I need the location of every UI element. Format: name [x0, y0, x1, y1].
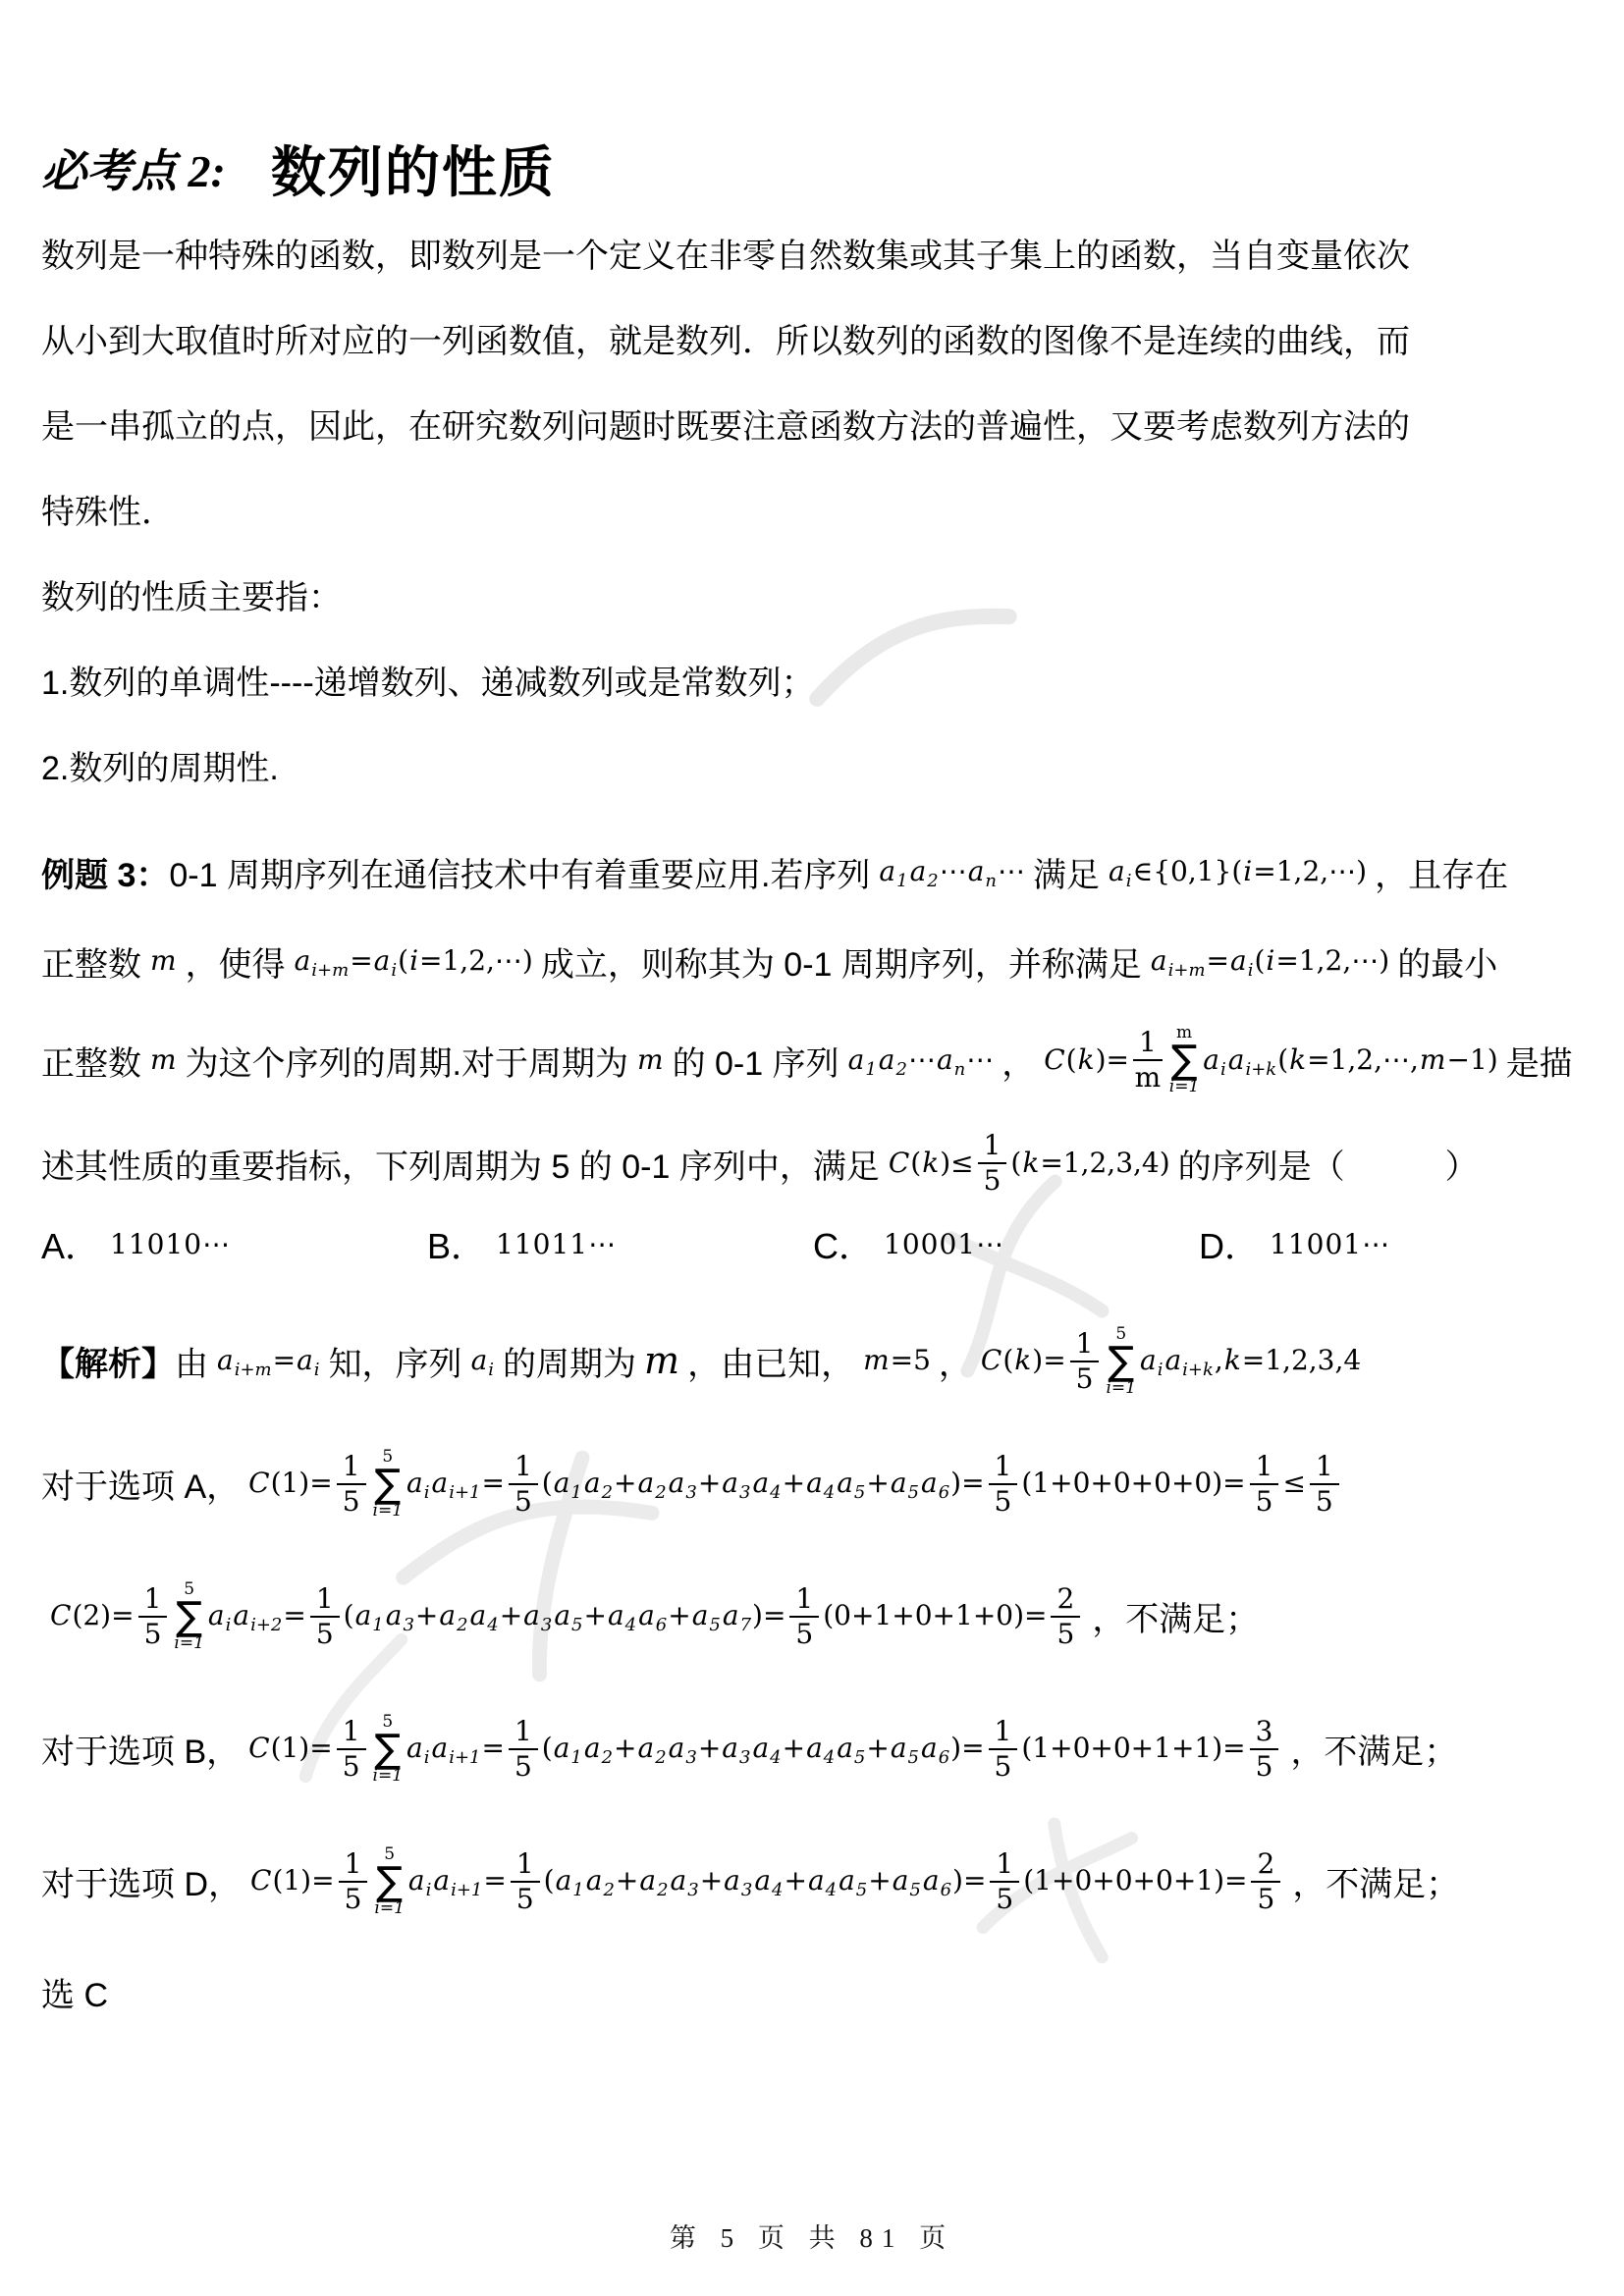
sigma-symbol: ∑ [376, 1863, 403, 1900]
option-b: B． 11011⋯ [427, 1219, 813, 1269]
math-subscript: 2 [603, 1881, 615, 1901]
math-variable: a [296, 1345, 314, 1376]
text-run: 的 0-1 序列 [673, 1037, 839, 1085]
math-text: ⋯ [940, 856, 967, 887]
page-number: 第 5 页 共 81 页 [0, 2216, 1624, 2255]
example-line: 述其性质的重要指标，下列周期为 5 的 0-1 序列中，满足C(k)≤15(k=… [41, 1114, 1585, 1212]
math-subscript: 7 [740, 1616, 752, 1636]
fraction-numerator: 1 [989, 1453, 1018, 1485]
example-problem: 例题 3：0-1 周期序列在通信技术中有着重要应用.若序列a1a2⋯an⋯满足a… [41, 828, 1585, 1275]
math-text: + [614, 1733, 636, 1764]
math-variable: a [1229, 945, 1248, 977]
text-run: 正整数 [41, 1037, 141, 1085]
math-formula: C(k)=155∑i=1aiai+k,k=1,2,3,4 [980, 1326, 1361, 1397]
math-variable: k [1288, 1044, 1307, 1076]
math-formula: m [636, 1044, 665, 1076]
math-subscript: 5 [909, 1881, 921, 1901]
fraction-denominator: 5 [144, 1618, 162, 1648]
analysis-option-d: 对于选项 D，C(1)=155∑i=1aiai+1=15(a1a2+a2a3+a… [41, 1815, 1585, 1948]
math-variable: a [890, 1733, 908, 1764]
math-subscript: n [985, 872, 998, 892]
fraction-numerator: 1 [1070, 1330, 1100, 1362]
fraction-numerator: 1 [990, 1850, 1019, 1883]
math-subscript: 1 [570, 1483, 582, 1504]
math-variable: a [1227, 1044, 1246, 1076]
math-text: )= [1096, 1044, 1129, 1076]
math-subscript: 4 [824, 1748, 836, 1769]
math-text: = [283, 1600, 305, 1631]
text-run: ， [939, 1337, 972, 1385]
math-text: =1,2,⋯) [1275, 945, 1389, 977]
fraction-numerator: 1 [310, 1585, 340, 1618]
math-summation: 5∑i=1 [174, 1581, 204, 1652]
fraction-numerator: 2 [1251, 1850, 1280, 1883]
math-variable: a [805, 1733, 824, 1764]
option-letter: C． [813, 1219, 874, 1269]
option-value: 11011⋯ [496, 1228, 617, 1260]
math-variable: a [909, 856, 928, 887]
math-subscript: 3 [685, 1748, 697, 1769]
math-formula: ai∈{0,1}(i=1,2,⋯) [1108, 856, 1367, 887]
math-formula: ai+m=ai [216, 1345, 321, 1376]
math-text: ∈{0,1}( [1132, 856, 1242, 887]
text-run: 0-1 周期序列在通信技术中有着重要应用.若序列 [169, 848, 870, 896]
option-value: 11001⋯ [1270, 1228, 1390, 1260]
math-variable: i [408, 945, 419, 977]
math-subscript: 4 [625, 1616, 637, 1636]
math-variable: C [980, 1345, 1002, 1376]
math-text: = [1207, 945, 1229, 977]
fraction-numerator: 1 [989, 1718, 1018, 1750]
text-run: 由 [175, 1337, 208, 1385]
math-variable: a [936, 1044, 954, 1076]
math-formula: C(k)≤15(k=1,2,3,4) [888, 1132, 1170, 1195]
math-subscript: i [314, 1361, 321, 1381]
math-formula: m [149, 945, 178, 977]
math-fraction: 15 [978, 1132, 1007, 1195]
math-subscript: 6 [939, 1748, 950, 1769]
text-run: ，由已知， [687, 1337, 854, 1385]
text-run: 知，序列 [329, 1337, 462, 1385]
text-run: ， [1001, 1037, 1035, 1085]
math-text: = [350, 945, 372, 977]
math-subscript: i+m [311, 961, 350, 982]
document-page: 必考点 2: 数列的性质 数列是一种特殊的函数，即数列是一个定义在非零自然数集或… [0, 0, 1624, 2296]
math-subscript: i+k [1245, 1060, 1277, 1081]
math-variable: a [553, 1733, 571, 1764]
math-subscript: 4 [487, 1616, 499, 1636]
math-text: ⋯ [966, 1044, 994, 1076]
math-formula: C(2)=155∑i=1aiai+2=15(a1a3+a2a4+a3a5+a4a… [49, 1581, 1084, 1652]
text-run: 对于选项 A， [41, 1460, 240, 1508]
math-variable: a [638, 1865, 657, 1896]
fraction-denominator: 5 [343, 1750, 360, 1781]
text-run: 对于选项 D， [41, 1857, 242, 1905]
math-variable: a [1164, 1345, 1182, 1376]
math-variable: k [1021, 1148, 1040, 1179]
fraction-denominator: 5 [514, 1750, 532, 1781]
math-subscript: 3 [739, 1483, 751, 1504]
math-subscript: 6 [656, 1616, 668, 1636]
math-variable: a [836, 1468, 854, 1499]
math-text: (1)= [271, 1468, 333, 1499]
sum-lower-limit: i=1 [174, 1635, 204, 1652]
fraction-numerator: 1 [1133, 1029, 1163, 1061]
math-variable: a [232, 1600, 250, 1631]
math-text: (2)= [72, 1600, 134, 1631]
option-letter: B． [427, 1219, 486, 1269]
math-fraction: 15 [1310, 1453, 1339, 1516]
math-text: (1+0+0+1+1)= [1021, 1733, 1245, 1764]
math-text: =1,2,3,4 [1242, 1345, 1361, 1376]
text-run: 述其性质的重要指标，下列周期为 5 的 0-1 序列中，满足 [41, 1140, 880, 1188]
text-run: ，不满足； [1092, 1592, 1259, 1640]
math-subscript: 1 [372, 1616, 384, 1636]
math-formula: m=5 [862, 1345, 931, 1376]
math-variable: k [1077, 1044, 1096, 1076]
math-subscript: 3 [687, 1881, 699, 1901]
sigma-symbol: ∑ [1171, 1041, 1198, 1079]
math-subscript: 6 [939, 1483, 950, 1504]
math-subscript: 5 [856, 1881, 868, 1901]
math-formula: ai+m=ai(i=1,2,⋯) [1150, 945, 1389, 977]
math-fraction: 15 [310, 1585, 340, 1648]
analysis-c2: C(2)=155∑i=1aiai+2=15(a1a3+a2a4+a3a5+a4a… [41, 1550, 1585, 1682]
math-subscript: 5 [854, 1483, 866, 1504]
fraction-numerator: 1 [1250, 1453, 1279, 1485]
sigma-symbol: ∑ [176, 1598, 202, 1635]
fraction-numerator: 1 [978, 1132, 1007, 1164]
math-subscript: i [391, 961, 398, 982]
math-variable: a [1202, 1044, 1220, 1076]
math-variable: a [555, 1865, 573, 1896]
math-variable: a [637, 1468, 656, 1499]
math-fraction: 15 [337, 1453, 366, 1516]
math-subscript: 2 [457, 1616, 468, 1636]
fraction-denominator: 5 [1256, 1750, 1273, 1781]
fraction-numerator: 1 [511, 1850, 540, 1883]
section-heading: 必考点 2: 数列的性质 [41, 0, 1585, 200]
fraction-numerator: 3 [1250, 1718, 1279, 1750]
example-line: 正整数m为这个序列的周期.对于周期为m的 0-1 序列a1a2⋯an⋯，C(k)… [41, 1006, 1585, 1114]
analysis-option-b: 对于选项 B，C(1)=155∑i=1aiai+1=15(a1a2+a2a3+a… [41, 1682, 1585, 1815]
option-c: C． 10001⋯ [813, 1219, 1199, 1269]
math-variable: a [920, 1733, 939, 1764]
sum-lower-limit: i=1 [373, 1503, 404, 1520]
math-text: ⋯ [908, 1044, 936, 1076]
math-text: =1,2,3,4) [1040, 1148, 1169, 1179]
math-text: + [583, 1600, 606, 1631]
math-variable: m [1419, 1044, 1447, 1076]
math-variable: m [644, 1340, 679, 1383]
fraction-numerator: 1 [138, 1585, 168, 1618]
math-subscript: 1 [572, 1881, 584, 1901]
intro-line: 从小到大取值时所对应的一列函数值，就是数列．所以数列的函数的图像不是连续的曲线，… [41, 295, 1585, 381]
math-subscript: 2 [602, 1483, 614, 1504]
example-line: 例题 3：0-1 周期序列在通信技术中有着重要应用.若序列a1a2⋯an⋯满足a… [41, 828, 1585, 916]
fraction-numerator: 1 [789, 1585, 819, 1618]
math-variable: a [430, 1468, 449, 1499]
math-subscript: 4 [824, 1483, 836, 1504]
math-text: ≤ [1282, 1468, 1305, 1499]
math-fraction: 25 [1051, 1585, 1080, 1648]
option-letter: D． [1199, 1219, 1260, 1269]
math-variable: a [753, 1865, 772, 1896]
math-fraction: 15 [990, 1850, 1019, 1913]
math-fraction: 1m [1133, 1029, 1163, 1092]
fraction-denominator: 5 [514, 1485, 532, 1516]
math-subscript: 2 [927, 872, 939, 892]
math-variable: k [921, 1148, 940, 1179]
option-d: D． 11001⋯ [1199, 1219, 1585, 1269]
math-text: ( [542, 1733, 553, 1764]
fraction-denominator: 5 [343, 1485, 360, 1516]
math-text: + [700, 1865, 723, 1896]
math-variable: a [751, 1733, 770, 1764]
math-variable: a [691, 1600, 710, 1631]
math-variable: a [607, 1600, 625, 1631]
math-subscript: i+k [1182, 1361, 1215, 1381]
sum-lower-limit: i=1 [1106, 1380, 1136, 1397]
math-variable: a [967, 856, 986, 887]
math-subscript: n [954, 1060, 967, 1081]
math-text: = [481, 1733, 504, 1764]
text-run: 正整数 [41, 937, 141, 986]
math-fraction: 15 [1070, 1330, 1100, 1393]
text-run: 成立，则称其为 0-1 周期序列，并称满足 [541, 937, 1142, 986]
math-text: + [866, 1468, 889, 1499]
math-text: + [500, 1600, 522, 1631]
math-variable: a [406, 1733, 424, 1764]
math-variable: a [583, 1468, 602, 1499]
math-variable: a [668, 1468, 686, 1499]
math-subscript: i+1 [449, 1748, 481, 1769]
sum-lower-limit: i=1 [374, 1900, 405, 1917]
math-subscript: 2 [895, 1060, 907, 1081]
math-subscript: 4 [770, 1483, 782, 1504]
math-variable: a [1139, 1345, 1158, 1376]
fraction-numerator: 1 [509, 1453, 538, 1485]
math-variable: a [637, 1600, 656, 1631]
math-variable: a [723, 1865, 741, 1896]
math-variable: m [862, 1345, 891, 1376]
math-subscript: 5 [854, 1748, 866, 1769]
sigma-symbol: ∑ [1108, 1343, 1134, 1380]
math-text: ( [910, 1148, 921, 1179]
bold-text-run: 例题 3： [41, 848, 169, 896]
option-letter: A． [41, 1219, 100, 1269]
intro-line: 数列的性质主要指： [41, 552, 1585, 637]
math-formula: C(1)=155∑i=1aiai+1=15(a1a2+a2a3+a3a4+a4a… [247, 1714, 1282, 1785]
math-subscript: i [226, 1616, 233, 1636]
fraction-numerator: 2 [1051, 1585, 1080, 1618]
math-fraction: 15 [989, 1718, 1018, 1781]
math-fraction: 15 [138, 1585, 168, 1648]
math-text: ( [344, 1600, 354, 1631]
math-text: , [1215, 1345, 1223, 1376]
text-run: 的最小 [1397, 937, 1497, 986]
intro-line: 特殊性． [41, 466, 1585, 552]
math-fraction: 25 [1251, 1850, 1280, 1913]
math-variable: a [583, 1733, 602, 1764]
math-fraction: 35 [1250, 1718, 1279, 1781]
math-fraction: 15 [337, 1718, 366, 1781]
fraction-numerator: 1 [337, 1453, 366, 1485]
math-variable: a [721, 1733, 739, 1764]
math-subscript: 6 [941, 1881, 952, 1901]
math-fraction: 15 [989, 1453, 1018, 1516]
math-variable: C [888, 1148, 910, 1179]
math-text: (0+1+0+1+0)= [823, 1600, 1047, 1631]
math-subscript: 4 [770, 1748, 782, 1769]
fraction-denominator: 5 [795, 1618, 813, 1648]
math-variable: a [373, 945, 392, 977]
math-formula: m [644, 1340, 679, 1383]
math-summation: 5∑i=1 [374, 1846, 405, 1917]
math-formula: C(1)=155∑i=1aiai+1=15(a1a2+a2a3+a3a4+a4a… [249, 1846, 1284, 1917]
math-variable: a [354, 1600, 373, 1631]
text-run: ，不满足； [1290, 1725, 1457, 1773]
math-variable: a [385, 1600, 404, 1631]
math-text: =5 [891, 1345, 931, 1376]
text-run: 的序列是（ ） [1178, 1140, 1479, 1188]
text-run: ，且存在 [1375, 848, 1508, 896]
option-a: A． 11010⋯ [41, 1219, 427, 1269]
math-variable: a [922, 1865, 941, 1896]
math-text: =1,2,⋯) [1253, 856, 1367, 887]
math-text: ( [1277, 1044, 1288, 1076]
math-summation: 5∑i=1 [1106, 1326, 1136, 1397]
fraction-numerator: 1 [509, 1718, 538, 1750]
math-text: )= [1032, 1345, 1065, 1376]
math-text: + [415, 1600, 438, 1631]
text-run: ，不满足； [1292, 1857, 1459, 1905]
math-subscript: i [1126, 872, 1133, 892]
list-item-monotonicity: 1.数列的单调性----递增数列、递减数列或是常数列； [41, 637, 1585, 722]
math-subscript: 3 [403, 1616, 414, 1636]
math-subscript: 1 [570, 1748, 582, 1769]
math-formula: ai [470, 1345, 495, 1376]
math-variable: i [1265, 945, 1275, 977]
math-text: ( [1010, 1148, 1021, 1179]
fraction-denominator: 5 [984, 1164, 1001, 1195]
solution-analysis: 【解析】由ai+m=ai知，序列ai的周期为m，由已知，m=5，C(k)=155… [41, 1305, 1585, 2021]
math-formula: a1a2⋯an⋯ [847, 1044, 995, 1076]
math-formula: m [149, 1044, 178, 1076]
fraction-denominator: 5 [1257, 1883, 1274, 1913]
math-variable: a [920, 1468, 939, 1499]
math-subscript: 3 [685, 1483, 697, 1504]
math-variable: a [207, 1600, 226, 1631]
sum-lower-limit: i=1 [1169, 1079, 1200, 1095]
math-variable: a [722, 1600, 740, 1631]
math-text: + [668, 1600, 690, 1631]
option-value: 11010⋯ [110, 1228, 231, 1260]
math-summation: 5∑i=1 [373, 1714, 404, 1785]
math-subscript: 2 [655, 1748, 667, 1769]
math-subscript: i [1248, 961, 1255, 982]
math-variable: a [553, 1600, 571, 1631]
math-variable: a [294, 945, 312, 977]
math-variable: a [838, 1865, 856, 1896]
text-run: 满足 [1033, 848, 1100, 896]
math-variable: a [807, 1865, 826, 1896]
text-run: 对于选项 B， [41, 1725, 240, 1773]
math-subscript: 4 [772, 1881, 784, 1901]
math-subscript: i+1 [451, 1881, 483, 1901]
math-text: )≤ [940, 1148, 973, 1179]
math-variable: a [430, 1733, 449, 1764]
math-variable: a [522, 1600, 541, 1631]
fraction-numerator: 1 [339, 1850, 368, 1883]
math-variable: k [1013, 1345, 1032, 1376]
math-formula: C(k)=1mm∑i=1aiai+k(k=1,2,⋯,m−1) [1043, 1025, 1497, 1095]
math-subscript: i [1220, 1060, 1227, 1081]
math-subscript: i [1158, 1361, 1164, 1381]
math-text: = [483, 1865, 506, 1896]
math-text: = [481, 1468, 504, 1499]
math-text: + [698, 1468, 721, 1499]
math-variable: C [249, 1865, 272, 1896]
math-subscript: 5 [908, 1483, 920, 1504]
math-variable: a [1108, 856, 1126, 887]
math-text: + [783, 1733, 805, 1764]
math-variable: i [1242, 856, 1253, 887]
fraction-denominator: 5 [1256, 1485, 1273, 1516]
math-text: ( [1002, 1345, 1013, 1376]
math-variable: a [805, 1468, 824, 1499]
math-text: (1+0+0+0+0)= [1021, 1468, 1245, 1499]
math-fraction: 15 [1250, 1453, 1279, 1516]
math-text: ⋯ [998, 856, 1025, 887]
math-text: ( [1254, 945, 1265, 977]
math-text: + [698, 1733, 721, 1764]
math-subscript: i [426, 1881, 433, 1901]
math-text: ( [542, 1468, 553, 1499]
math-text: (1+0+0+0+1)= [1023, 1865, 1247, 1896]
math-text: ( [544, 1865, 555, 1896]
text-run: ，使得 [186, 937, 286, 986]
math-variable: m [149, 1044, 178, 1076]
page-title: 数列的性质 [271, 145, 556, 200]
math-text: + [784, 1865, 806, 1896]
math-subscript: i+1 [449, 1483, 481, 1504]
math-formula: C(1)=155∑i=1aiai+1=15(a1a2+a2a3+a3a4+a4a… [247, 1449, 1343, 1520]
math-variable: a [668, 1733, 686, 1764]
fraction-denominator: 5 [1316, 1485, 1333, 1516]
math-subscript: 3 [739, 1748, 751, 1769]
math-subscript: i+m [235, 1361, 273, 1381]
math-variable: m [149, 945, 178, 977]
page-content: 必考点 2: 数列的性质 数列是一种特殊的函数，即数列是一个定义在非零自然数集或… [41, 0, 1585, 2021]
section-number: 必考点 2: [41, 149, 226, 200]
analysis-option-a: 对于选项 A，C(1)=155∑i=1aiai+1=15(a1a2+a2a3+a… [41, 1417, 1585, 1550]
math-subscript: i+2 [250, 1616, 283, 1636]
fraction-numerator: 1 [337, 1718, 366, 1750]
math-subscript: i [424, 1748, 431, 1769]
fraction-denominator: 5 [1076, 1362, 1094, 1393]
math-subscript: i+m [1168, 961, 1207, 982]
math-variable: C [1043, 1044, 1065, 1076]
fraction-denominator: 5 [345, 1883, 362, 1913]
math-text: + [616, 1865, 638, 1896]
math-variable: a [216, 1345, 235, 1376]
analysis-line: 【解析】由ai+m=ai知，序列ai的周期为m，由已知，m=5，C(k)=155… [41, 1305, 1585, 1417]
fraction-denominator: m [1135, 1061, 1162, 1092]
math-formula: ai+m=ai(i=1,2,⋯) [294, 945, 533, 977]
fraction-denominator: 5 [995, 1485, 1012, 1516]
math-subscript: i [488, 1361, 495, 1381]
